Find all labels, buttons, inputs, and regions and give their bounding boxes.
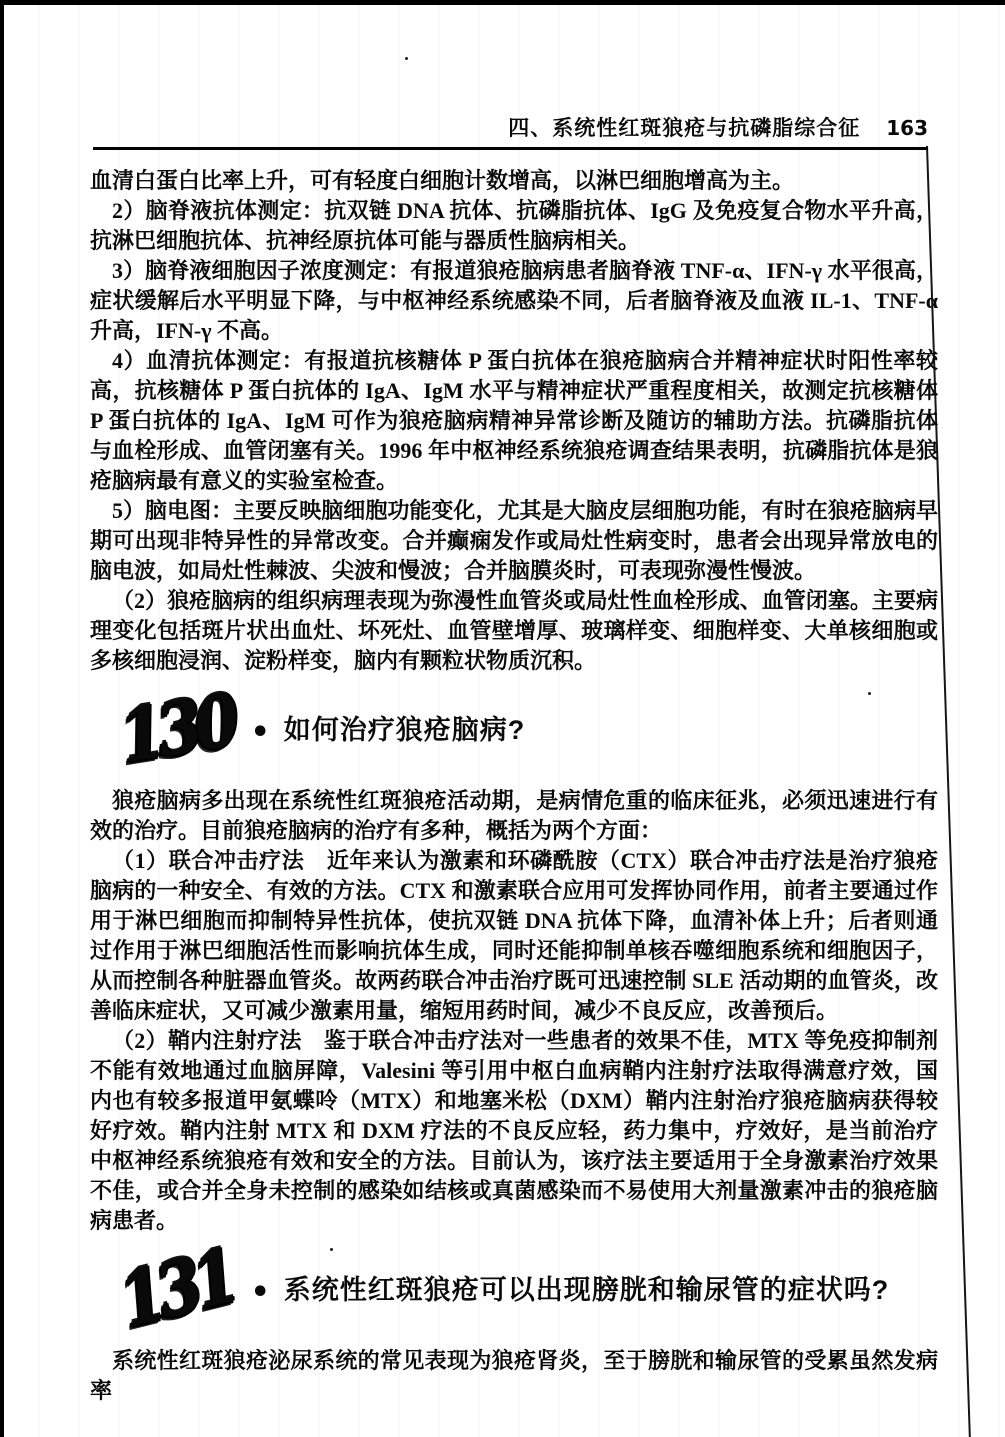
body-paragraph: 系统性红斑狼疮泌尿系统的常见表现为狼疮肾炎，至于膀胱和输尿管的受累虽然发病率 <box>90 1346 938 1406</box>
scan-speck <box>405 57 408 60</box>
bullet-icon: • <box>251 718 270 748</box>
bullet-icon: • <box>251 1278 270 1308</box>
page-number: 163 <box>886 116 928 140</box>
chapter-title: 四、系统性红斑狼疮与抗磷脂综合征 <box>508 112 860 142</box>
body-paragraph: （1）联合冲击疗法 近年来认为激素和环磷酰胺（CTX）联合冲击疗法是治疗狼疮脑病… <box>90 846 938 1026</box>
question-number: 130 <box>115 686 237 774</box>
scan-edge-left <box>0 0 4 1437</box>
body-paragraph: 2）脑脊液抗体测定：抗双链 DNA 抗体、抗磷脂抗体、IgG 及免疫复合物水平升… <box>90 196 938 256</box>
body-paragraph: 3）脑脊液细胞因子浓度测定：有报道狼疮脑病患者脑脊液 TNF-α、IFN-γ 水… <box>90 256 938 346</box>
scan-edge-top <box>0 0 1005 5</box>
body-paragraph: （2）鞘内注射疗法 鉴于联合冲击疗法对一些患者的效果不佳，MTX 等免疫抑制剂不… <box>90 1026 938 1236</box>
question-title: 系统性红斑狼疮可以出现膀胱和输尿管的症状吗? <box>284 1275 890 1305</box>
page-body: 血清白蛋白比率上升，可有轻度白细胞计数增高，以淋巴细胞增高为主。 2）脑脊液抗体… <box>90 166 938 1406</box>
page-header: 四、系统性红斑狼疮与抗磷脂综合征 163 <box>93 112 928 142</box>
body-paragraph: 4）血清抗体测定：有报道抗核糖体 P 蛋白抗体在狼疮脑病合并精神症状时阳性率较高… <box>90 346 938 496</box>
body-paragraph: 5）脑电图：主要反映脑细胞功能变化，尤其是大脑皮层细胞功能，有时在狼疮脑病早期可… <box>90 496 938 586</box>
body-paragraph: 狼疮脑病多出现在系统性红斑狼疮活动期，是病情危重的临床征兆，必须迅速进行有效的治… <box>90 786 938 846</box>
scanned-book-page: 四、系统性红斑狼疮与抗磷脂综合征 163 血清白蛋白比率上升，可有轻度白细胞计数… <box>0 0 1005 1437</box>
question-heading-130: 130 • 如何治疗狼疮脑病? <box>120 688 938 772</box>
body-paragraph: 血清白蛋白比率上升，可有轻度白细胞计数增高，以淋巴细胞增高为主。 <box>90 166 938 196</box>
header-rule <box>93 147 928 150</box>
question-heading-131: 131 • 系统性红斑狼疮可以出现膀胱和输尿管的症状吗? <box>120 1248 938 1332</box>
body-paragraph: （2）狼疮脑病的组织病理表现为弥漫性血管炎或局灶性血栓形成、血管闭塞。主要病理变… <box>90 586 938 676</box>
question-title: 如何治疗狼疮脑病? <box>284 715 526 745</box>
question-number: 131 <box>113 1241 240 1340</box>
